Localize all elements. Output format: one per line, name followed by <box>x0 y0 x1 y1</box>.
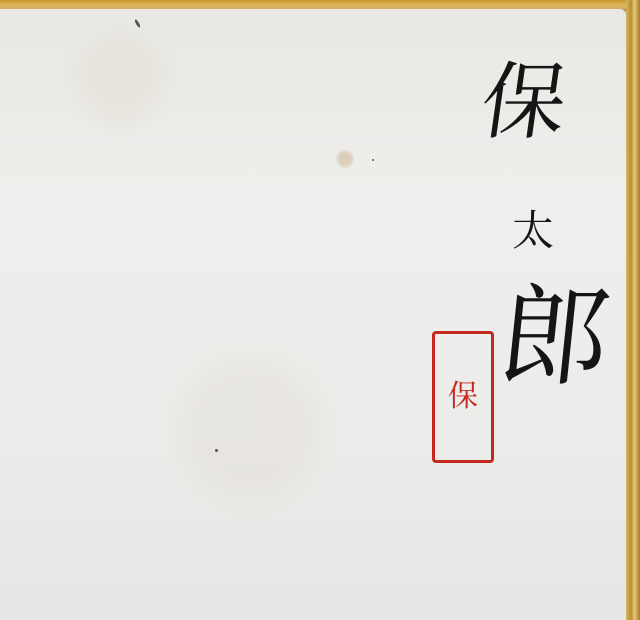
ink-speck <box>134 19 141 28</box>
gold-border-top <box>0 0 640 9</box>
signature-char-1: 保 <box>476 60 572 144</box>
signature-char-2: 太 <box>512 210 554 252</box>
ink-speck <box>372 159 374 161</box>
seal-character: 保 <box>448 381 478 413</box>
red-seal-stamp: 保 <box>432 331 494 463</box>
signature-char-3: 郎 <box>494 282 616 392</box>
ink-speck <box>215 449 218 452</box>
gold-border-right <box>626 0 640 620</box>
